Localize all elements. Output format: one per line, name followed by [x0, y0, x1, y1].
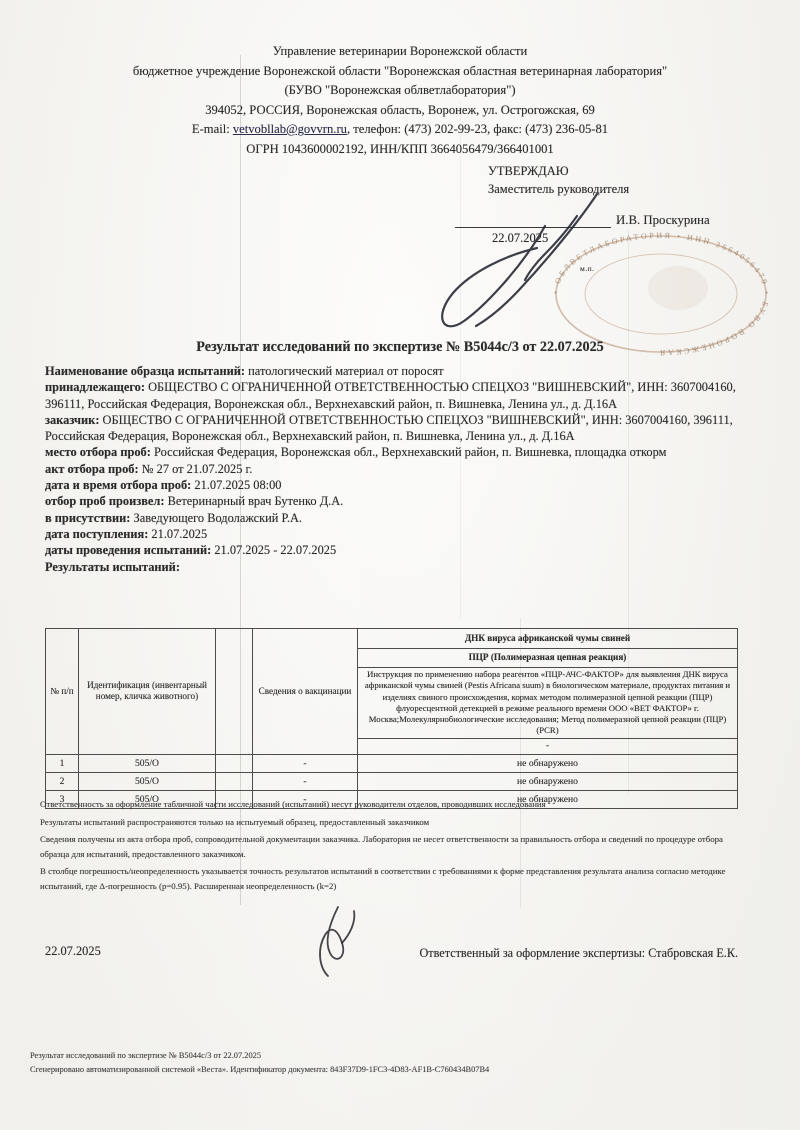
org-full-name: бюджетное учреждение Воронежской области… — [40, 62, 760, 82]
result-value: не обнаружено — [358, 772, 738, 790]
field-value: патологический материал от поросят — [245, 364, 443, 378]
field-row: дата и время отбора проб: 21.07.2025 08:… — [45, 477, 745, 493]
field-value: 21.07.2025 - 22.07.2025 — [211, 543, 336, 557]
field-value: ОБЩЕСТВО С ОГРАНИЧЕННОЙ ОТВЕТСТВЕННОСТЬЮ… — [45, 413, 733, 443]
field-row: дата поступления: 21.07.2025 — [45, 526, 745, 542]
field-label: дата и время отбора проб: — [45, 478, 191, 492]
field-label: акт отбора проб: — [45, 462, 139, 476]
result-value: не обнаружено — [358, 754, 738, 772]
field-value: Заведующего Водолажский Р.А. — [130, 511, 302, 525]
org-contacts: E-mail: vetvobllab@govvrn.ru, телефон: (… — [40, 120, 760, 140]
method-description: Инструкция по применению набора реагенто… — [358, 668, 738, 739]
field-row: даты проведения испытаний: 21.07.2025 - … — [45, 542, 745, 558]
field-row: акт отбора проб: № 27 от 21.07.2025 г. — [45, 461, 745, 477]
field-label: Наименование образца испытаний: — [45, 364, 245, 378]
field-value: 21.07.2025 — [148, 527, 207, 541]
col-header-identification: Идентификация (инвентарный номер, кличка… — [79, 629, 216, 755]
field-row: место отбора проб: Российская Федерация,… — [45, 444, 745, 460]
footnote: Сведения получены из акта отбора проб, с… — [40, 832, 754, 861]
stamp-place-label: м.п. — [580, 264, 595, 273]
field-label: отбор проб произвел: — [45, 494, 164, 508]
result-group-dna: ДНК вируса африканской чумы свиней — [358, 629, 738, 649]
letterhead: Управление ветеринарии Воронежской облас… — [40, 42, 760, 159]
field-value: № 27 от 21.07.2025 г. — [139, 462, 253, 476]
sample-id: 505/О — [79, 772, 216, 790]
empty-cell — [216, 772, 253, 790]
row-number: 2 — [46, 772, 79, 790]
field-value: ОБЩЕСТВО С ОГРАНИЧЕННОЙ ОТВЕТСТВЕННОСТЬЮ… — [45, 380, 736, 410]
row-number: 1 — [46, 754, 79, 772]
field-label: в присутствии: — [45, 511, 130, 525]
footnote: Ответственность за оформление табличной … — [40, 797, 754, 812]
document-title: Результат исследований по экспертизе № В… — [0, 339, 800, 356]
results-table: № п/п Идентификация (инвентарный номер, … — [45, 628, 738, 809]
field-value: Российская Федерация, Воронежская обл., … — [151, 445, 667, 459]
field-label: место отбора проб: — [45, 445, 151, 459]
field-row: в присутствии: Заведующего Водолажский Р… — [45, 510, 745, 526]
footnote: В столбце погрешность/неопределенность у… — [40, 864, 754, 893]
sample-id: 505/О — [79, 754, 216, 772]
responsible-signature-scribble — [305, 903, 367, 981]
field-label: дата поступления: — [45, 527, 148, 541]
org-address: 394052, РОССИЯ, Воронежская область, Вор… — [40, 101, 760, 121]
responsible-person: Ответственный за оформление экспертизы: … — [360, 946, 738, 961]
phone-fax: , телефон: (473) 202-99-23, факс: (473) … — [347, 122, 608, 136]
document-footer: Результат исследований по экспертизе № В… — [30, 1049, 489, 1076]
results-section-label: Результаты испытаний: — [45, 559, 745, 575]
col-header-vaccination: Сведения о вакцинации — [253, 629, 358, 755]
field-label: заказчик: — [45, 413, 99, 427]
email-label: E-mail: — [192, 122, 230, 136]
footer-generated-by: Сгенерировано автоматизированной системо… — [30, 1063, 489, 1077]
field-row: отбор проб произвел: Ветеринарный врач Б… — [45, 493, 745, 509]
field-value: Ветеринарный врач Бутенко Д.А. — [164, 494, 343, 508]
approval-word: УТВЕРЖДАЮ — [488, 162, 629, 180]
table-row: 1 505/О - не обнаружено — [46, 754, 738, 772]
org-short-name: (БУВО "Воронежская облветлаборатория") — [40, 81, 760, 101]
col-header-number: № п/п — [46, 629, 79, 755]
col-header-empty — [216, 629, 253, 755]
approver-name: И.В. Проскурина — [616, 213, 710, 228]
footer-expertise-ref: Результат исследований по экспертизе № В… — [30, 1049, 489, 1063]
org-ogrn-inn: ОГРН 1043600002192, ИНН/КПП 3664056479/3… — [40, 140, 760, 160]
field-row: заказчик: ОБЩЕСТВО С ОГРАНИЧЕННОЙ ОТВЕТС… — [45, 412, 745, 445]
vaccination-value: - — [253, 772, 358, 790]
field-label: даты проведения испытаний: — [45, 543, 211, 557]
footnote: Результаты испытаний распространяются то… — [40, 815, 754, 830]
result-group-pcr: ПЦР (Полимеразная цепная реакция) — [358, 649, 738, 668]
field-row: принадлежащего: ОБЩЕСТВО С ОГРАНИЧЕННОЙ … — [45, 379, 745, 412]
org-department: Управление ветеринарии Воронежской облас… — [40, 42, 760, 62]
vaccination-value: - — [253, 754, 358, 772]
method-sub-cell: - — [358, 738, 738, 754]
sample-info: Наименование образца испытаний: патологи… — [45, 363, 745, 575]
empty-cell — [216, 754, 253, 772]
field-row: Наименование образца испытаний: патологи… — [45, 363, 745, 379]
table-row: 2 505/О - не обнаружено — [46, 772, 738, 790]
email-link: vetvobllab@govvrn.ru — [233, 122, 347, 136]
field-value: 21.07.2025 08:00 — [191, 478, 281, 492]
scanned-document-page: Управление ветеринарии Воронежской облас… — [0, 0, 800, 1130]
field-label: принадлежащего: — [45, 380, 145, 394]
footnotes: Ответственность за оформление табличной … — [40, 797, 754, 896]
signoff-date: 22.07.2025 — [45, 944, 101, 959]
